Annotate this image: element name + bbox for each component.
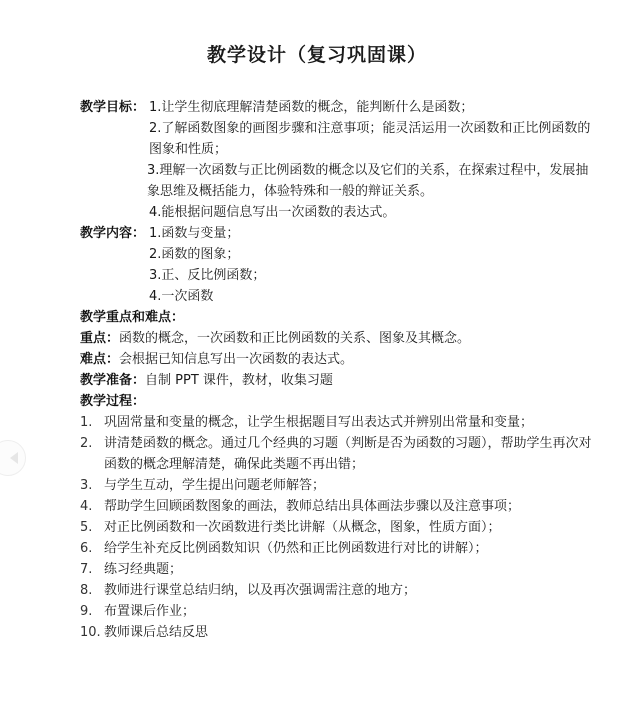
- process-step: 7.练习经典题；: [80, 559, 600, 580]
- preparation-section: 教学准备：自制 PPT 课件，教材，收集习题: [80, 370, 600, 391]
- objectives-section: 教学目标： 1.让学生彻底理解清楚函数的概念，能判断什么是函数； 2.了解函数图…: [80, 97, 600, 223]
- process-section: 教学过程： 1.巩固常量和变量的概念，让学生根据题目写出表达式并辨别出常量和变量…: [80, 391, 600, 643]
- step-text: 讲清楚函数的概念。通过几个经典的习题（判断是否为函数的习题），帮助学生再次对函数…: [104, 433, 600, 475]
- step-number: 9.: [80, 601, 104, 622]
- objective-item: 4.能根据问题信息写出一次函数的表达式。: [80, 202, 600, 223]
- process-step: 2.讲清楚函数的概念。通过几个经典的习题（判断是否为函数的习题），帮助学生再次对…: [80, 433, 600, 475]
- content-item: 1.函数与变量；: [149, 223, 239, 244]
- step-text: 与学生互动，学生提出问题老师解答；: [104, 475, 600, 496]
- step-number: 4.: [80, 496, 104, 517]
- document-body: 教学目标： 1.让学生彻底理解清楚函数的概念，能判断什么是函数； 2.了解函数图…: [80, 97, 600, 643]
- process-step: 10.教师课后总结反思: [80, 622, 600, 643]
- step-text: 教师进行课堂总结归纳，以及再次强调需注意的地方；: [104, 580, 600, 601]
- step-text: 布置课后作业；: [104, 601, 600, 622]
- objective-item: 1.让学生彻底理解清楚函数的概念，能判断什么是函数；: [149, 97, 473, 118]
- step-text: 对正比例函数和一次函数进行类比讲解（从概念，图象，性质方面）；: [104, 517, 600, 538]
- step-text: 给学生补充反比例函数知识（仍然和正比例函数进行对比的讲解）；: [104, 538, 600, 559]
- process-list: 1.巩固常量和变量的概念，让学生根据题目写出表达式并辨别出常量和变量； 2.讲清…: [80, 412, 600, 643]
- step-number: 1.: [80, 412, 104, 433]
- difficulty-text: 会根据已知信息写出一次函数的表达式。: [119, 352, 353, 367]
- chevron-left-icon: [10, 452, 18, 464]
- content-item: 2.函数的图象；: [80, 244, 600, 265]
- content-section: 教学内容： 1.函数与变量； 2.函数的图象； 3.正、反比例函数； 4.一次函…: [80, 223, 600, 307]
- step-number: 2.: [80, 433, 104, 475]
- process-step: 4.帮助学生回顾函数图象的画法，教师总结出具体画法步骤以及注意事项；: [80, 496, 600, 517]
- step-number: 5.: [80, 517, 104, 538]
- process-step: 9.布置课后作业；: [80, 601, 600, 622]
- content-item: 3.正、反比例函数；: [80, 265, 600, 286]
- page-title: 教学设计（复习巩固课）: [0, 40, 634, 67]
- step-number: 8.: [80, 580, 104, 601]
- step-text: 教师课后总结反思: [104, 622, 600, 643]
- step-number: 3.: [80, 475, 104, 496]
- step-text: 巩固常量和变量的概念，让学生根据题目写出表达式并辨别出常量和变量；: [104, 412, 600, 433]
- key-points-section: 教学重点和难点： 重点：函数的概念，一次函数和正比例函数的关系、图象及其概念。 …: [80, 307, 600, 370]
- objective-item: 2.了解函数图象的画图步骤和注意事项；能灵活运用一次函数和正比例函数的图象和性质…: [80, 118, 600, 160]
- step-text: 帮助学生回顾函数图象的画法，教师总结出具体画法步骤以及注意事项；: [104, 496, 600, 517]
- process-step: 8.教师进行课堂总结归纳，以及再次强调需注意的地方；: [80, 580, 600, 601]
- step-number: 7.: [80, 559, 104, 580]
- preparation-label: 教学准备：: [80, 373, 145, 388]
- process-step: 6.给学生补充反比例函数知识（仍然和正比例函数进行对比的讲解）；: [80, 538, 600, 559]
- process-step: 3.与学生互动，学生提出问题老师解答；: [80, 475, 600, 496]
- content-label: 教学内容：: [80, 223, 149, 244]
- previous-page-button[interactable]: [0, 440, 26, 476]
- step-number: 6.: [80, 538, 104, 559]
- process-step: 1.巩固常量和变量的概念，让学生根据题目写出表达式并辨别出常量和变量；: [80, 412, 600, 433]
- focus-text: 函数的概念，一次函数和正比例函数的关系、图象及其概念。: [119, 331, 470, 346]
- key-points-heading: 教学重点和难点：: [80, 307, 600, 328]
- focus-label: 重点：: [80, 331, 119, 346]
- difficulty-label: 难点：: [80, 352, 119, 367]
- preparation-text: 自制 PPT 课件，教材，收集习题: [145, 373, 333, 388]
- step-text: 练习经典题；: [104, 559, 600, 580]
- content-item: 4.一次函数: [80, 286, 600, 307]
- objective-item: 3.理解一次函数与正比例函数的概念以及它们的关系，在探索过程中，发展抽象思维及概…: [80, 160, 600, 202]
- process-label: 教学过程：: [80, 391, 600, 412]
- step-number: 10.: [80, 622, 104, 643]
- process-step: 5.对正比例函数和一次函数进行类比讲解（从概念，图象，性质方面）；: [80, 517, 600, 538]
- objectives-label: 教学目标：: [80, 97, 149, 118]
